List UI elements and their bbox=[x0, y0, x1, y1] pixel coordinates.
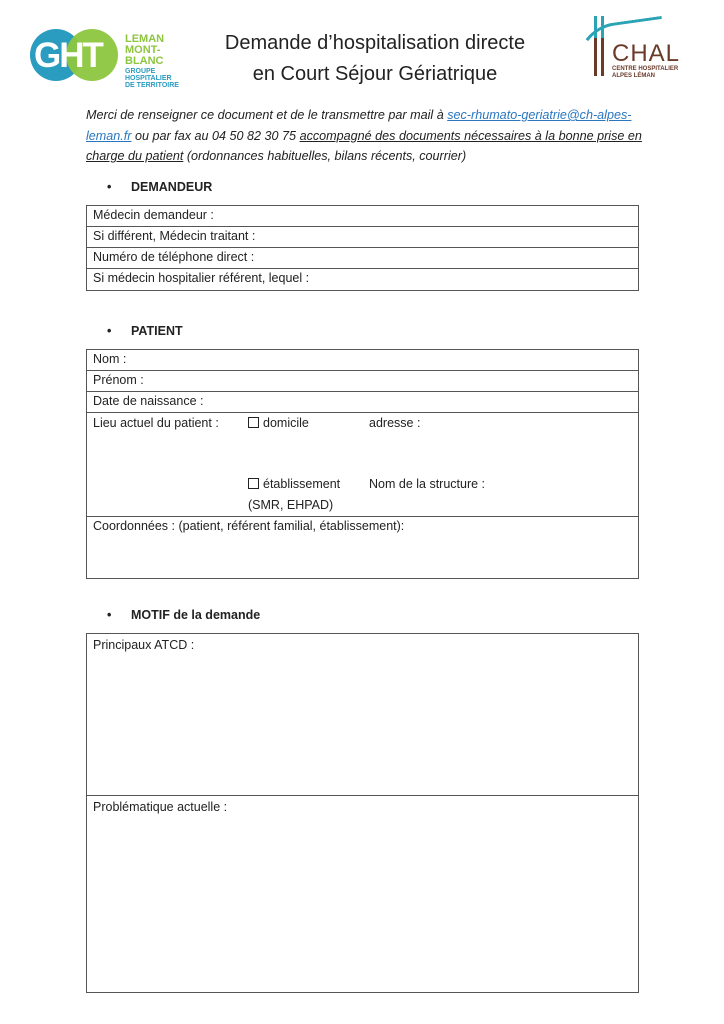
section-heading-demandeur: •DEMANDEUR bbox=[107, 180, 212, 194]
field-medecin-demandeur[interactable]: Médecin demandeur : bbox=[87, 206, 639, 227]
field-lieu-actuel: Lieu actuel du patient : domicile adress… bbox=[87, 413, 639, 517]
field-problematique-actuelle[interactable]: Problématique actuelle : bbox=[87, 796, 639, 993]
ght-logo: GHT LEMAN MONT-BLANC GROUPE HOSPITALIER … bbox=[30, 28, 195, 82]
field-nom-structure[interactable]: Nom de la structure : bbox=[369, 475, 485, 494]
section-heading-motif: •MOTIF de la demande bbox=[107, 608, 260, 622]
option-etablissement[interactable]: établissement bbox=[248, 475, 340, 494]
section-heading-patient: •PATIENT bbox=[107, 324, 183, 338]
intro-text: Merci de renseigner ce document et de le… bbox=[86, 105, 642, 167]
bullet-icon: • bbox=[107, 180, 131, 194]
checkbox-etablissement[interactable] bbox=[248, 478, 259, 489]
patient-table: Nom : Prénom : Date de naissance : Lieu … bbox=[86, 349, 639, 579]
bullet-icon: • bbox=[107, 608, 131, 622]
ght-logo-letters: GHT bbox=[34, 36, 102, 76]
field-prenom[interactable]: Prénom : bbox=[87, 371, 639, 392]
page-title: Demande d’hospitalisation directe en Cou… bbox=[190, 28, 560, 90]
bullet-icon: • bbox=[107, 324, 131, 338]
checkbox-domicile[interactable] bbox=[248, 417, 259, 428]
field-date-naissance[interactable]: Date de naissance : bbox=[87, 392, 639, 413]
chal-logo: CHAL CENTRE HOSPITALIER ALPES LÉMAN bbox=[572, 16, 682, 80]
field-principaux-atcd[interactable]: Principaux ATCD : bbox=[87, 634, 639, 796]
demandeur-table: Médecin demandeur : Si différent, Médeci… bbox=[86, 205, 639, 291]
field-telephone[interactable]: Numéro de téléphone direct : bbox=[87, 248, 639, 269]
option-domicile[interactable]: domicile bbox=[248, 414, 309, 433]
field-medecin-traitant[interactable]: Si différent, Médecin traitant : bbox=[87, 227, 639, 248]
field-adresse[interactable]: adresse : bbox=[369, 414, 420, 433]
ght-logo-text: LEMAN MONT-BLANC GROUPE HOSPITALIER DE T… bbox=[125, 34, 195, 89]
field-nom[interactable]: Nom : bbox=[87, 350, 639, 371]
field-coordonnees[interactable]: Coordonnées : (patient, référent familia… bbox=[87, 517, 639, 579]
field-medecin-hospitalier[interactable]: Si médecin hospitalier référent, lequel … bbox=[87, 269, 639, 291]
motif-table: Principaux ATCD : Problématique actuelle… bbox=[86, 633, 639, 993]
